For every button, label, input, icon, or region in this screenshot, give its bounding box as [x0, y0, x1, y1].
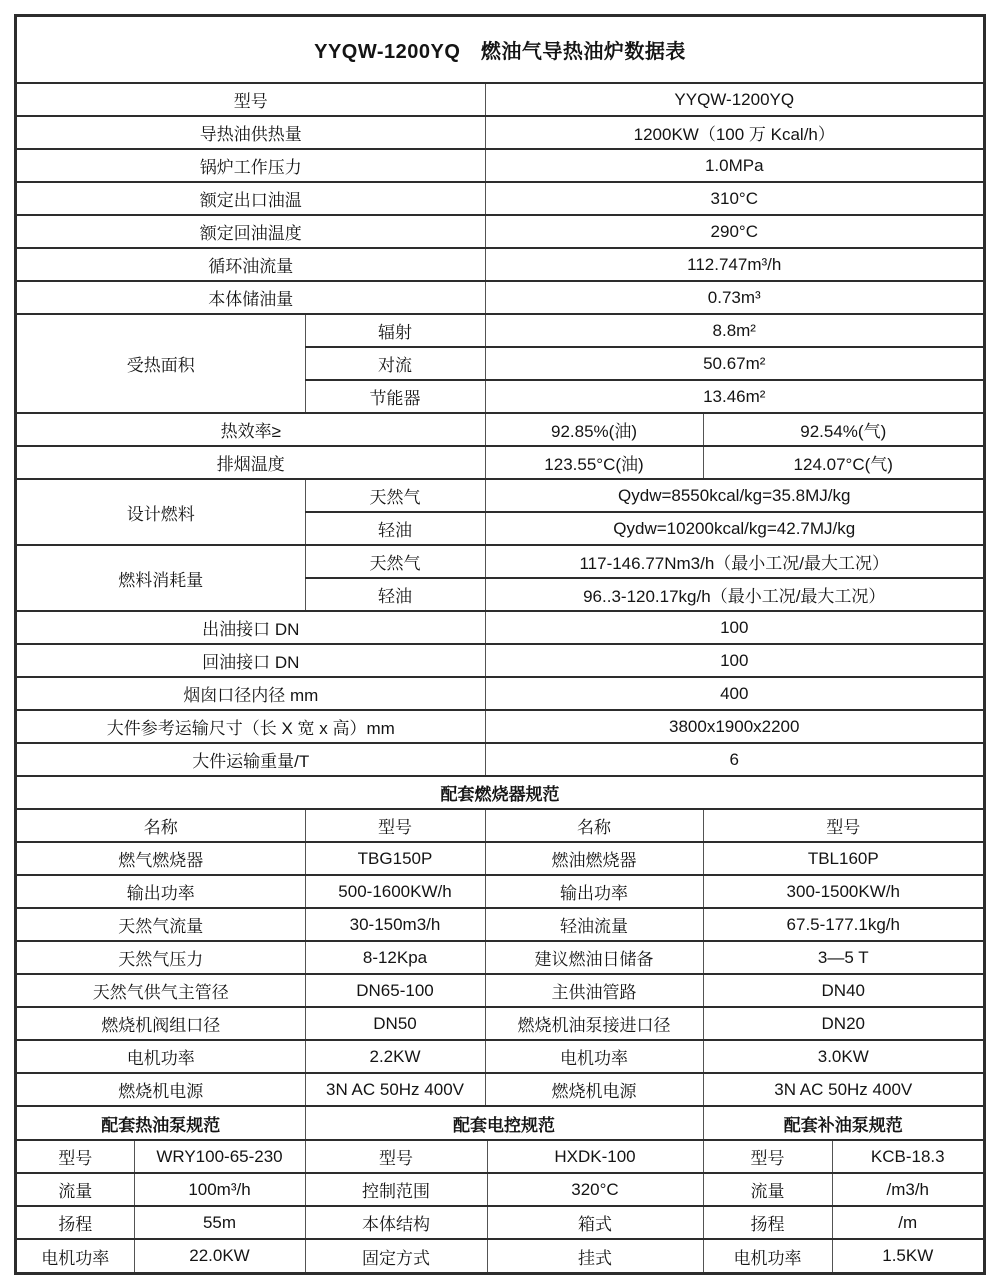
- outlet-dn-label: 出油接口 DN: [17, 611, 485, 644]
- burner-cell: 30-150m3/h: [305, 908, 485, 941]
- fuel-consumption-oil-label: 轻油: [305, 578, 485, 611]
- radiation-value: 8.8m²: [485, 314, 983, 347]
- burner-cell: 电机功率: [17, 1040, 305, 1073]
- pump-cell: 流量: [17, 1173, 134, 1206]
- burner-cell: 500-1600KW/h: [305, 875, 485, 908]
- burner-cell: 燃烧机电源: [485, 1073, 703, 1106]
- burner-cell: 燃烧机电源: [17, 1073, 305, 1106]
- model-label: 型号: [17, 83, 485, 116]
- circulation-flow-label: 循环油流量: [17, 248, 485, 281]
- pump-cell: 型号: [703, 1140, 832, 1173]
- burner-cell: 主供油管路: [485, 974, 703, 1007]
- design-fuel-gas-value: Qydw=8550kcal/kg=35.8MJ/kg: [485, 479, 983, 512]
- pump-row: 扬程 55m 本体结构 箱式 扬程 /m: [17, 1206, 983, 1239]
- return-temp-value: 290°C: [485, 215, 983, 248]
- efficiency-oil-value: 92.85%(油): [485, 413, 703, 446]
- burner-cell: 3N AC 50Hz 400V: [305, 1073, 485, 1106]
- burner-row: 天然气流量 30-150m3/h 轻油流量 67.5-177.1kg/h: [17, 908, 983, 941]
- burner-section-header: 配套燃烧器规范: [17, 776, 983, 809]
- burner-cell: TBG150P: [305, 842, 485, 875]
- exhaust-temp-oil-value: 123.55°C(油): [485, 446, 703, 479]
- fuel-consumption-gas-label: 天然气: [305, 545, 485, 578]
- pump-cell: 箱式: [487, 1206, 703, 1239]
- economizer-label: 节能器: [305, 380, 485, 413]
- heat-supply-label: 导热油供热量: [17, 116, 485, 149]
- burner-col-header: 型号: [305, 809, 485, 842]
- transport-size-value: 3800x1900x2200: [485, 710, 983, 743]
- burner-cell: DN50: [305, 1007, 485, 1040]
- design-fuel-oil-value: Qydw=10200kcal/kg=42.7MJ/kg: [485, 512, 983, 545]
- pump-row: 电机功率 22.0KW 固定方式 挂式 电机功率 1.5KW: [17, 1239, 983, 1272]
- burner-cell: 3N AC 50Hz 400V: [703, 1073, 983, 1106]
- pump-cell: 固定方式: [305, 1239, 487, 1272]
- exhaust-temp-gas-value: 124.07°C(气): [703, 446, 983, 479]
- hot-oil-pump-section-header: 配套热油泵规范: [17, 1107, 305, 1140]
- design-fuel-gas-label: 天然气: [305, 479, 485, 512]
- pump-cell: 电机功率: [703, 1239, 832, 1272]
- transport-weight-value: 6: [485, 743, 983, 776]
- datasheet-table: YYQW-1200YQ 燃油气导热油炉数据表 型号 YYQW-1200YQ 导热…: [14, 14, 986, 1275]
- efficiency-gas-value: 92.54%(气): [703, 413, 983, 446]
- pump-cell: KCB-18.3: [832, 1140, 983, 1173]
- pump-cell: 电机功率: [17, 1239, 134, 1272]
- pump-cell: 控制范围: [305, 1173, 487, 1206]
- burner-cell: 燃烧机油泵接进口径: [485, 1007, 703, 1040]
- exhaust-temp-label: 排烟温度: [17, 446, 485, 479]
- burner-cell: 300-1500KW/h: [703, 875, 983, 908]
- oil-capacity-label: 本体储油量: [17, 281, 485, 314]
- design-fuel-label: 设计燃料: [17, 479, 305, 545]
- burner-cell: 建议燃油日储备: [485, 941, 703, 974]
- design-fuel-oil-label: 轻油: [305, 512, 485, 545]
- burner-row: 天然气压力 8-12Kpa 建议燃油日储备 3—5 T: [17, 941, 983, 974]
- burner-cell: DN65-100: [305, 974, 485, 1007]
- page-title: YYQW-1200YQ 燃油气导热油炉数据表: [17, 17, 983, 83]
- pump-cell: 55m: [134, 1206, 305, 1239]
- pump-cell: 扬程: [17, 1206, 134, 1239]
- burner-col-header: 名称: [485, 809, 703, 842]
- pump-cell: 挂式: [487, 1239, 703, 1272]
- transport-size-label: 大件参考运输尺寸（长 X 宽 x 高）mm: [17, 710, 485, 743]
- burner-cell: 3.0KW: [703, 1040, 983, 1073]
- pump-row: 型号 WRY100-65-230 型号 HXDK-100 型号 KCB-18.3: [17, 1140, 983, 1173]
- model-value: YYQW-1200YQ: [485, 83, 983, 116]
- burner-cell: 轻油流量: [485, 908, 703, 941]
- heat-supply-value: 1200KW（100 万 Kcal/h）: [485, 116, 983, 149]
- burner-cell: 2.2KW: [305, 1040, 485, 1073]
- working-pressure-value: 1.0MPa: [485, 149, 983, 182]
- chimney-diameter-label: 烟囱口径内径 mm: [17, 677, 485, 710]
- pump-row: 流量 100m³/h 控制范围 320°C 流量 /m3/h: [17, 1173, 983, 1206]
- fuel-consumption-gas-value: 117-146.77Nm3/h（最小工况/最大工况）: [485, 545, 983, 578]
- burner-cell: 8-12Kpa: [305, 941, 485, 974]
- datasheet-page: YYQW-1200YQ 燃油气导热油炉数据表 型号 YYQW-1200YQ 导热…: [0, 0, 1000, 1279]
- outlet-dn-value: 100: [485, 611, 983, 644]
- heating-area-label: 受热面积: [17, 314, 305, 413]
- burner-row: 输出功率 500-1600KW/h 输出功率 300-1500KW/h: [17, 875, 983, 908]
- burner-cell: TBL160P: [703, 842, 983, 875]
- oil-filling-pump-section-header: 配套补油泵规范: [703, 1107, 983, 1140]
- burner-cell: DN20: [703, 1007, 983, 1040]
- chimney-diameter-value: 400: [485, 677, 983, 710]
- burner-cell: 燃烧机阀组口径: [17, 1007, 305, 1040]
- pump-cell: /m: [832, 1206, 983, 1239]
- burner-row: 天然气供气主管径 DN65-100 主供油管路 DN40: [17, 974, 983, 1007]
- pump-cell: 型号: [305, 1140, 487, 1173]
- pump-cell: 22.0KW: [134, 1239, 305, 1272]
- burner-cell: 输出功率: [17, 875, 305, 908]
- burner-cell: 天然气压力: [17, 941, 305, 974]
- fuel-consumption-label: 燃料消耗量: [17, 545, 305, 611]
- oil-capacity-value: 0.73m³: [485, 281, 983, 314]
- burner-cell: 67.5-177.1kg/h: [703, 908, 983, 941]
- electric-control-section-header: 配套电控规范: [305, 1107, 703, 1140]
- working-pressure-label: 锅炉工作压力: [17, 149, 485, 182]
- burner-cell: 燃气燃烧器: [17, 842, 305, 875]
- pump-cell: 扬程: [703, 1206, 832, 1239]
- burner-cell: 天然气供气主管径: [17, 974, 305, 1007]
- burner-col-header: 名称: [17, 809, 305, 842]
- burner-cell: DN40: [703, 974, 983, 1007]
- fuel-consumption-oil-value: 96..3-120.17kg/h（最小工况/最大工况）: [485, 578, 983, 611]
- burner-row: 燃气燃烧器 TBG150P 燃油燃烧器 TBL160P: [17, 842, 983, 875]
- burner-row: 电机功率 2.2KW 电机功率 3.0KW: [17, 1040, 983, 1073]
- pump-cell: 本体结构: [305, 1206, 487, 1239]
- outlet-temp-value: 310°C: [485, 182, 983, 215]
- burner-row: 燃烧机电源 3N AC 50Hz 400V 燃烧机电源 3N AC 50Hz 4…: [17, 1073, 983, 1106]
- return-dn-label: 回油接口 DN: [17, 644, 485, 677]
- pump-cell: /m3/h: [832, 1173, 983, 1206]
- burner-col-header: 型号: [703, 809, 983, 842]
- pump-cell: WRY100-65-230: [134, 1140, 305, 1173]
- circulation-flow-value: 112.747m³/h: [485, 248, 983, 281]
- burner-row: 燃烧机阀组口径 DN50 燃烧机油泵接进口径 DN20: [17, 1007, 983, 1040]
- pump-cell: HXDK-100: [487, 1140, 703, 1173]
- transport-weight-label: 大件运输重量/T: [17, 743, 485, 776]
- burner-cell: 输出功率: [485, 875, 703, 908]
- burner-cell: 3—5 T: [703, 941, 983, 974]
- pump-cell: 100m³/h: [134, 1173, 305, 1206]
- pump-cell: 流量: [703, 1173, 832, 1206]
- return-temp-label: 额定回油温度: [17, 215, 485, 248]
- convection-label: 对流: [305, 347, 485, 380]
- radiation-label: 辐射: [305, 314, 485, 347]
- pump-cell: 1.5KW: [832, 1239, 983, 1272]
- efficiency-label: 热效率≥: [17, 413, 485, 446]
- main-spec-table: YYQW-1200YQ 燃油气导热油炉数据表 型号 YYQW-1200YQ 导热…: [17, 17, 983, 1107]
- economizer-value: 13.46m²: [485, 380, 983, 413]
- burner-cell: 电机功率: [485, 1040, 703, 1073]
- burner-cell: 天然气流量: [17, 908, 305, 941]
- pump-cell: 型号: [17, 1140, 134, 1173]
- outlet-temp-label: 额定出口油温: [17, 182, 485, 215]
- pump-cell: 320°C: [487, 1173, 703, 1206]
- pump-spec-table: 配套热油泵规范 配套电控规范 配套补油泵规范 型号 WRY100-65-230 …: [17, 1107, 983, 1272]
- convection-value: 50.67m²: [485, 347, 983, 380]
- burner-cell: 燃油燃烧器: [485, 842, 703, 875]
- return-dn-value: 100: [485, 644, 983, 677]
